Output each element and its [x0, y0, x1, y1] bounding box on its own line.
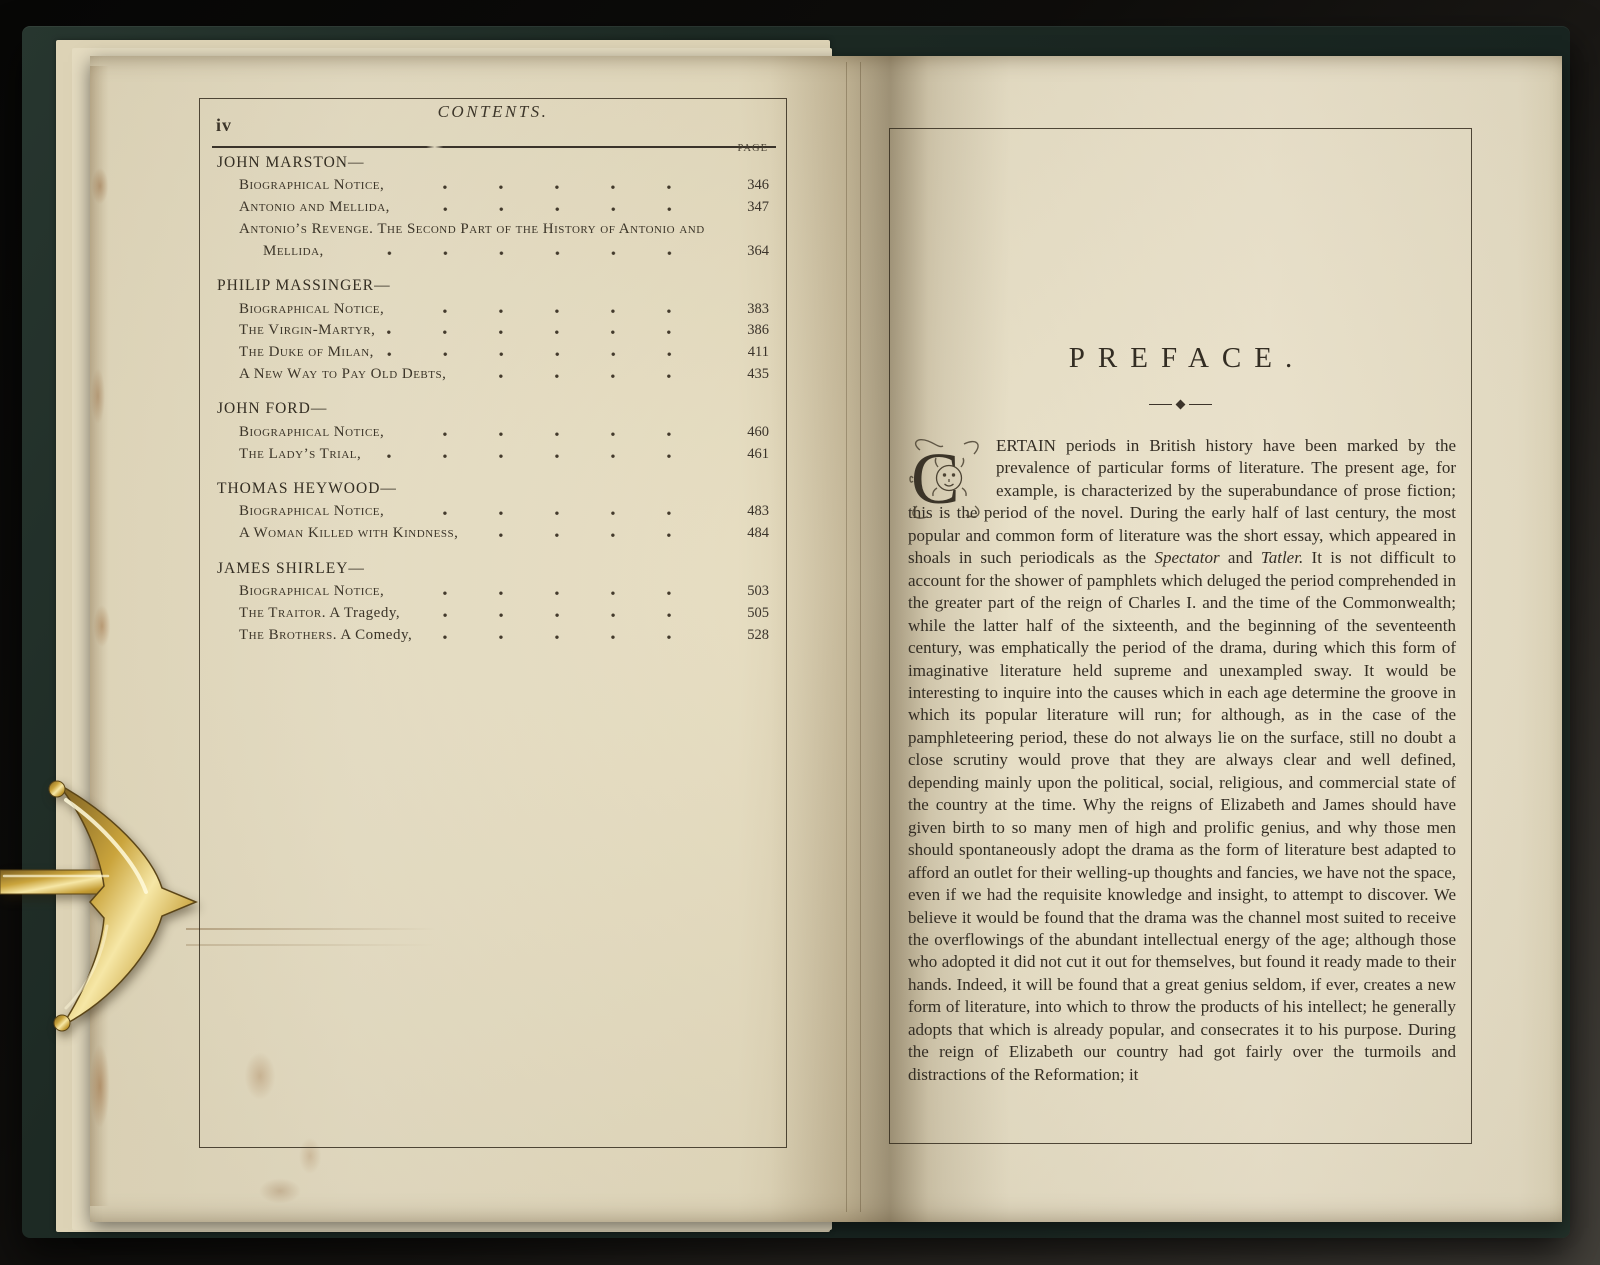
author-heading: THOMAS HEYWOOD—: [217, 477, 769, 501]
dot-leader: [424, 635, 723, 640]
entry-page-number: 346: [731, 177, 769, 194]
author-heading: JOHN FORD—: [217, 397, 769, 421]
preface-page-frame: PREFACE. C: [889, 128, 1472, 1144]
dot-leader: [396, 309, 723, 314]
entry-page-number: 484: [731, 525, 769, 542]
entry-page-number: 386: [731, 322, 769, 339]
drop-cap-letter: C: [911, 438, 960, 519]
dot-leader: [396, 432, 723, 437]
dot-leader: [396, 511, 723, 516]
entry-page-number: 461: [731, 446, 769, 463]
dot-leader: [402, 207, 723, 212]
entry-title: Mellida,: [263, 243, 324, 260]
toc-row: A New Way to Pay Old Debts, 435: [217, 364, 769, 386]
entry-title-smallcaps: The Brothers.: [239, 627, 337, 643]
dot-leader: [386, 352, 723, 357]
entry-title: A New Way to Pay Old Debts,: [239, 366, 446, 383]
ornament-line: [1149, 404, 1172, 406]
entry-page-number: 503: [731, 583, 769, 600]
toc-row: The Brothers. A Comedy, 528: [217, 624, 769, 646]
drop-cap-woodcut-icon: C: [908, 438, 986, 502]
entry-title: Antonio and Mellida,: [239, 199, 390, 216]
entry-page-number: 383: [731, 301, 769, 318]
preface-paragraph: C ERTAIN periods in British history have…: [908, 435, 1456, 1086]
entry-title: A Woman Killed with Kindness,: [239, 525, 458, 542]
entry-title: Biographical Notice,: [239, 301, 384, 318]
contents-page-frame: iv CONTENTS. PAGE JOHN MARSTON— Biograph…: [199, 98, 787, 1148]
gutter-page-edge-line: [846, 62, 847, 1212]
preface-italic-tatler: Tatler.: [1261, 548, 1303, 567]
toc-row: Biographical Notice, 346: [217, 175, 769, 197]
entry-title: The Lady’s Trial,: [239, 446, 361, 463]
toc-row: The Virgin-Martyr, 386: [217, 320, 769, 342]
entry-page-number: 483: [731, 503, 769, 520]
toc-row: The Duke of Milan, 411: [217, 342, 769, 364]
entry-title: Antonio’s Revenge. The Second Part of th…: [239, 221, 705, 238]
entry-page-number: 411: [731, 344, 769, 361]
preface-title: PREFACE.: [890, 342, 1471, 375]
dot-leader: [470, 533, 723, 538]
entry-title: The Brothers. A Comedy,: [239, 627, 412, 644]
toc-row-wrapped-title: Antonio’s Revenge. The Second Part of th…: [217, 219, 769, 241]
toc-row-wrapped-tail: Mellida, 364: [217, 240, 769, 262]
entry-page-number: 347: [731, 199, 769, 216]
dot-leader: [458, 374, 723, 379]
dot-leader: [373, 454, 723, 459]
dot-leader: [396, 591, 723, 596]
entry-title-plain: A Comedy,: [337, 627, 412, 643]
entry-page-number: 528: [731, 627, 769, 644]
book-photo-scene: iv CONTENTS. PAGE JOHN MARSTON— Biograph…: [0, 0, 1600, 1265]
entry-page-number: 435: [731, 366, 769, 383]
entry-title: Biographical Notice,: [239, 583, 384, 600]
table-of-contents: JOHN MARSTON— Biographical Notice, 346 A…: [217, 151, 769, 646]
entry-title: The Traitor. A Tragedy,: [239, 605, 400, 622]
preface-italic-spectator: Spectator: [1154, 548, 1219, 567]
dot-leader: [412, 613, 723, 618]
toc-row: A Woman Killed with Kindness, 484: [217, 523, 769, 545]
entry-title-smallcaps: The Traitor.: [239, 605, 326, 621]
dot-leader: [387, 330, 723, 335]
brass-anchor-page-clip-icon: [0, 778, 205, 1040]
dot-leader: [336, 251, 723, 256]
toc-row: The Lady’s Trial, 461: [217, 443, 769, 465]
ornament-line: [1189, 404, 1212, 406]
dot-leader: [396, 185, 723, 190]
entry-title: Biographical Notice,: [239, 503, 384, 520]
toc-row: Biographical Notice, 503: [217, 581, 769, 603]
header-rule: [212, 146, 776, 148]
title-ornament: [890, 401, 1471, 408]
author-heading: JAMES SHIRLEY—: [217, 557, 769, 581]
toc-row: Biographical Notice, 483: [217, 501, 769, 523]
entry-title: The Duke of Milan,: [239, 344, 374, 361]
toc-row: Biographical Notice, 383: [217, 298, 769, 320]
toc-row: The Traitor. A Tragedy, 505: [217, 602, 769, 624]
gutter-page-edge-line: [860, 62, 861, 1212]
preface-text-part2: and: [1220, 548, 1261, 567]
entry-title: Biographical Notice,: [239, 424, 384, 441]
author-heading: JOHN MARSTON—: [217, 151, 769, 175]
toc-row: Antonio and Mellida, 347: [217, 197, 769, 219]
entry-title-plain: A Tragedy,: [326, 605, 400, 621]
entry-title: The Virgin-Martyr,: [239, 322, 375, 339]
author-heading: PHILIP MASSINGER—: [217, 274, 769, 298]
preface-text-part3: It is not difficult to account for the s…: [908, 548, 1456, 1083]
diamond-ornament-icon: [1176, 400, 1186, 410]
entry-page-number: 364: [731, 243, 769, 260]
running-head-contents: CONTENTS.: [200, 102, 786, 122]
toc-row: Biographical Notice, 460: [217, 421, 769, 443]
entry-title: Biographical Notice,: [239, 177, 384, 194]
entry-page-number: 460: [731, 424, 769, 441]
entry-page-number: 505: [731, 605, 769, 622]
